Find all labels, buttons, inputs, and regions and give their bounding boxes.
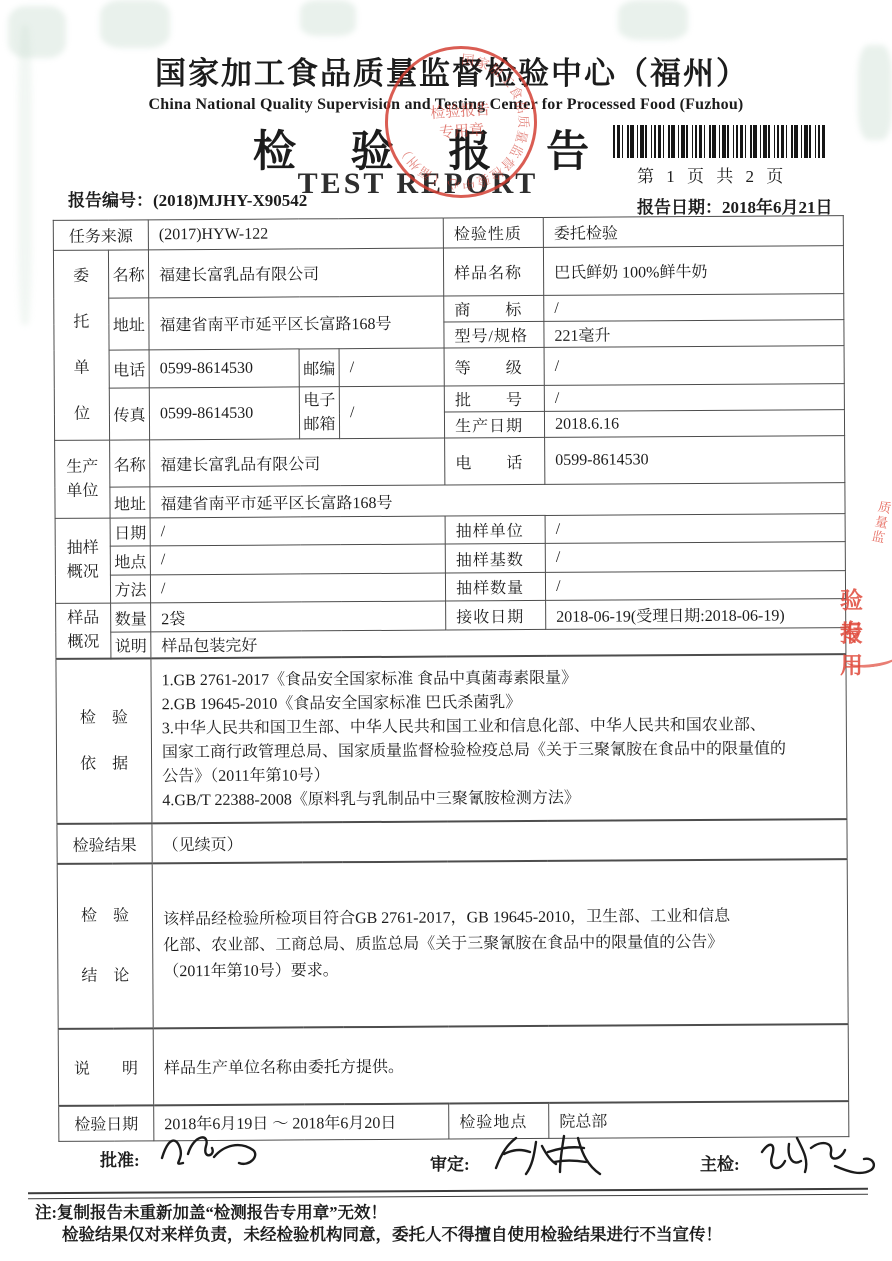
inspection-type-label: 检验性质: [443, 217, 543, 248]
task-source-value: (2017)HYW-122: [148, 218, 443, 250]
zip-value: /: [339, 348, 444, 387]
sampling-date-value: /: [150, 516, 445, 546]
sample-desc-value: 样品包装完好: [151, 628, 846, 659]
scan-smudge: [100, 0, 170, 48]
client-name-value: 福建长富乳品有限公司: [148, 248, 443, 298]
client-fax-value: 0599-8614530: [149, 387, 299, 440]
producer-address-label: 地址: [110, 487, 150, 518]
seal-fragment-text: 验 报: [840, 582, 892, 648]
table-row: 检验结果 （见续页）: [57, 819, 847, 864]
test-date-label: 检验日期: [59, 1105, 154, 1141]
client-name-label: 名称: [108, 250, 148, 298]
table-row: 任务来源 (2017)HYW-122 检验性质 委托检验: [53, 216, 843, 251]
review-label: 审定:: [430, 1150, 470, 1175]
scanned-test-report: { "header": { "institution_cn": "国家加工食品质…: [0, 0, 892, 1261]
producer-name-label: 名称: [110, 440, 150, 487]
producer-phone-label: 电 话: [445, 437, 545, 485]
conclusion-label: 检 验 结 论: [57, 863, 153, 1029]
sample-name-value: 巴氏鲜奶 100%鲜牛奶: [543, 246, 843, 296]
model-value: 221毫升: [544, 320, 844, 348]
seal-fragment-text: 专用: [840, 614, 892, 680]
table-row: 说 明 样品生产单位名称由委托方提供。: [58, 1024, 849, 1106]
report-table-sheet: 任务来源 (2017)HYW-122 检验性质 委托检验 委 托 单 位 名称 …: [53, 215, 849, 1141]
inspection-type-value: 委托检验: [543, 216, 843, 248]
sampling-unit-label: 抽样单位: [445, 515, 545, 544]
table-row: 委 托 单 位 名称 福建长富乳品有限公司 样品名称 巴氏鲜奶 100%鲜牛奶: [53, 246, 843, 299]
approve-signature: [152, 1126, 272, 1178]
sampling-base-value: /: [545, 542, 845, 573]
seal-fragment-text: 质量监: [867, 499, 892, 547]
table-row: 生产 单位 名称 福建长富乳品有限公司 电 话 0599-8614530: [55, 436, 845, 488]
chief-label: 主检:: [700, 1150, 740, 1175]
client-fax-label: 传真: [109, 388, 149, 440]
sample-quantity-value: 2袋: [151, 601, 446, 632]
sampling-qty-label: 抽样数量: [445, 572, 545, 601]
footer-note-1: 注:复制报告未重新加盖“检测报告专用章”无效！: [35, 1199, 387, 1223]
sample-overview-group-label: 样品 概况: [56, 603, 111, 659]
table-row: 检 验 结 论 该样品经检验所检项目符合GB 2761-2017，GB 1964…: [57, 859, 848, 1029]
approve-label: 批准:: [100, 1146, 140, 1171]
footer-divider: [28, 1188, 868, 1199]
sampling-base-label: 抽样基数: [445, 543, 545, 573]
table-row: 电话 0599-8614530 邮编 / 等 级 /: [54, 346, 844, 389]
model-label: 型号/规格: [444, 321, 544, 348]
brand-label: 商 标: [444, 295, 544, 322]
conclusion-text: 该样品经检验所检项目符合GB 2761-2017，GB 19645-2010，卫…: [152, 859, 848, 1028]
grade-label: 等 级: [444, 347, 544, 386]
chief-signature: [752, 1130, 882, 1188]
remark-text: 样品生产单位名称由委托方提供。: [153, 1024, 848, 1105]
basis-label: 检 验 依 据: [56, 658, 152, 824]
batch-label: 批 号: [444, 385, 544, 412]
report-date: 报告日期：2018年6月21日: [637, 193, 833, 218]
table-row: 地址 福建省南平市延平区长富路168号: [55, 483, 845, 519]
task-source-label: 任务来源: [53, 220, 148, 251]
sampling-method-value: /: [150, 573, 445, 603]
client-group-label: 委 托 单 位: [53, 250, 109, 440]
report-number: 报告编号：(2018)MJHY-X90542: [68, 186, 307, 211]
prod-date-value: 2018.6.16: [544, 410, 844, 438]
receive-date-label: 接收日期: [446, 600, 546, 630]
producer-name-value: 福建长富乳品有限公司: [150, 438, 445, 487]
sampling-place-value: /: [150, 544, 445, 575]
barcode: [613, 125, 827, 158]
footer-note-2: 检验结果仅对来样负责，未经检验机构同意，委托人不得擅自使用检验结果进行不当宣传！: [62, 1221, 722, 1245]
receive-date-value: 2018-06-19(受理日期:2018-06-19): [546, 599, 846, 630]
client-address-label: 地址: [109, 298, 149, 350]
prod-date-label: 生产日期: [444, 411, 544, 438]
batch-value: /: [544, 384, 844, 412]
producer-group-label: 生产 单位: [55, 440, 110, 518]
scan-smudge: [618, 0, 688, 40]
sample-desc-label: 说明: [111, 632, 151, 659]
result-label: 检验结果: [57, 823, 152, 864]
page-number: 第 1 页 共 2 页: [637, 162, 787, 187]
sampling-place-label: 地点: [110, 546, 150, 575]
seal-fragment-arc: [845, 644, 892, 670]
basis-text: 1.GB 2761-2017《食品安全国家标准 食品中真菌毒素限量》 2.GB …: [151, 654, 847, 823]
producer-address-value: 福建省南平市延平区长富路168号: [150, 483, 845, 518]
email-value: /: [339, 386, 444, 439]
result-text: （见续页）: [152, 819, 847, 863]
partial-red-seal: 质量监 验 报 专用: [840, 482, 892, 702]
sampling-qty-value: /: [545, 571, 845, 601]
grade-value: /: [544, 346, 844, 386]
sampling-date-label: 日期: [110, 518, 150, 546]
scan-smudge: [300, 0, 356, 36]
client-address-value: 福建省南平市延平区长富路168号: [149, 296, 444, 350]
report-table: 任务来源 (2017)HYW-122 检验性质 委托检验 委 托 单 位 名称 …: [53, 215, 850, 1141]
client-phone-label: 电话: [109, 350, 149, 388]
brand-value: /: [544, 294, 844, 322]
producer-phone-value: 0599-8614530: [545, 436, 845, 485]
zip-label: 邮编: [299, 349, 339, 387]
remark-label: 说 明: [58, 1028, 153, 1106]
client-phone-value: 0599-8614530: [149, 349, 299, 388]
review-signature: [488, 1128, 608, 1184]
sample-quantity-label: 数量: [111, 603, 151, 632]
table-row: 检 验 依 据 1.GB 2761-2017《食品安全国家标准 食品中真菌毒素限…: [56, 654, 847, 824]
sampling-method-label: 方法: [110, 575, 150, 603]
institution-name-en: China National Quality Supervision and T…: [0, 96, 892, 114]
sampling-group-label: 抽样 概况: [55, 518, 111, 603]
institution-name-cn: 国家加工食品质量监督检验中心（福州）: [6, 48, 892, 93]
email-label: 电子 邮箱: [299, 387, 339, 439]
sample-name-label: 样品名称: [443, 247, 543, 296]
sampling-unit-value: /: [545, 514, 845, 544]
